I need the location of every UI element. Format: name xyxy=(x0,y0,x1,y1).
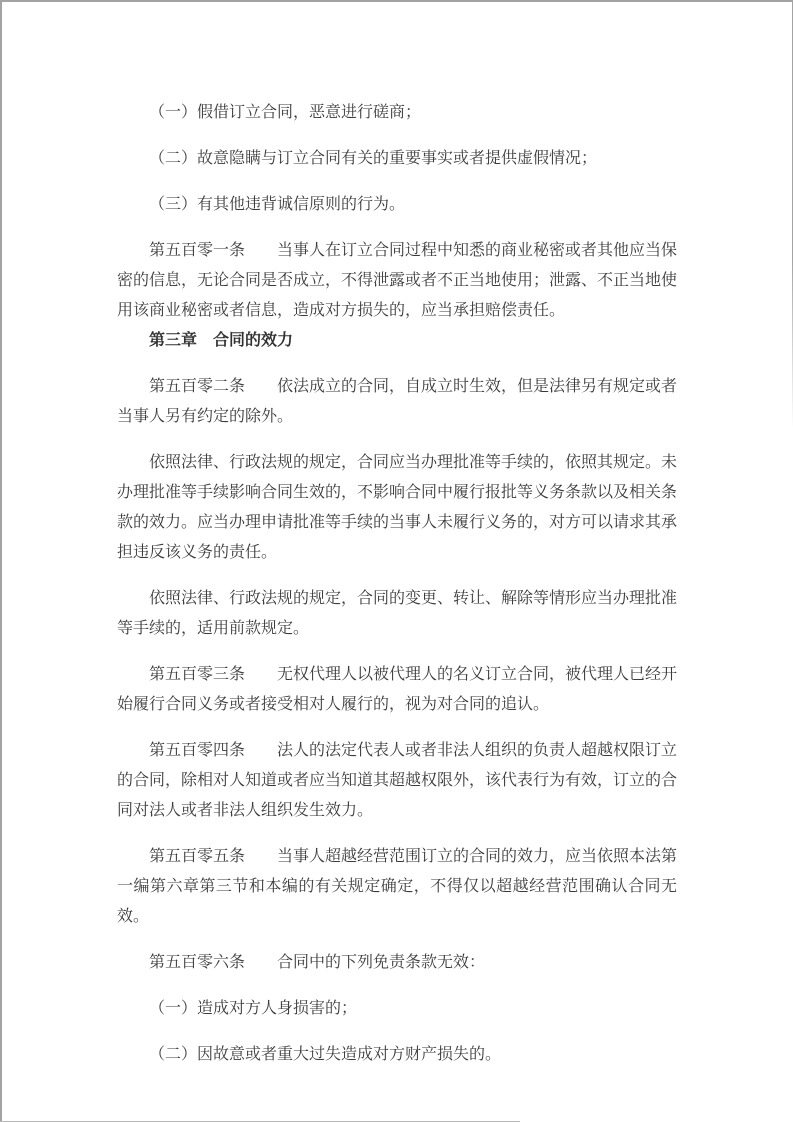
list-item: （二）因故意或者重大过失造成对方财产损失的。 xyxy=(117,1040,677,1070)
body-paragraph: 依照法律、行政法规的规定，合同应当办理批准等手续的，依照其规定。未办理批准等手续… xyxy=(117,448,677,568)
document-body: （一）假借订立合同，恶意进行磋商； （二）故意隐瞒与订立合同有关的重要事实或者提… xyxy=(117,82,677,1086)
list-item: （二）故意隐瞒与订立合同有关的重要事实或者提供虚假情况； xyxy=(117,144,677,174)
body-paragraph: 依照法律、行政法规的规定，合同的变更、转让、解除等情形应当办理批准等手续的，适用… xyxy=(117,584,677,644)
article-paragraph: 第五百零二条 依法成立的合同，自成立时生效，但是法律另有规定或者当事人另有约定的… xyxy=(117,372,677,432)
list-item: （三）有其他违背诚信原则的行为。 xyxy=(117,190,677,220)
document-page: （一）假借订立合同，恶意进行磋商； （二）故意隐瞒与订立合同有关的重要事实或者提… xyxy=(0,0,793,1122)
article-paragraph: 第五百零五条 当事人超越经营范围订立的合同的效力，应当依照本法第一编第六章第三节… xyxy=(117,842,677,932)
chapter-heading: 第三章 合同的效力 xyxy=(117,326,677,356)
article-paragraph: 第五百零六条 合同中的下列免责条款无效： xyxy=(117,948,677,978)
article-paragraph: 第五百零四条 法人的法定代表人或者非法人组织的负责人超越权限订立的合同，除相对人… xyxy=(117,736,677,826)
article-paragraph: 第五百零一条 当事人在订立合同过程中知悉的商业秘密或者其他应当保密的信息，无论合… xyxy=(117,236,677,326)
list-item: （一）造成对方人身损害的； xyxy=(117,994,677,1024)
list-item: （一）假借订立合同，恶意进行磋商； xyxy=(117,98,677,128)
page-edge-top xyxy=(0,0,793,2)
article-paragraph: 第五百零三条 无权代理人以被代理人的名义订立合同，被代理人已经开始履行合同义务或… xyxy=(117,660,677,720)
page-edge-left xyxy=(0,0,2,1122)
